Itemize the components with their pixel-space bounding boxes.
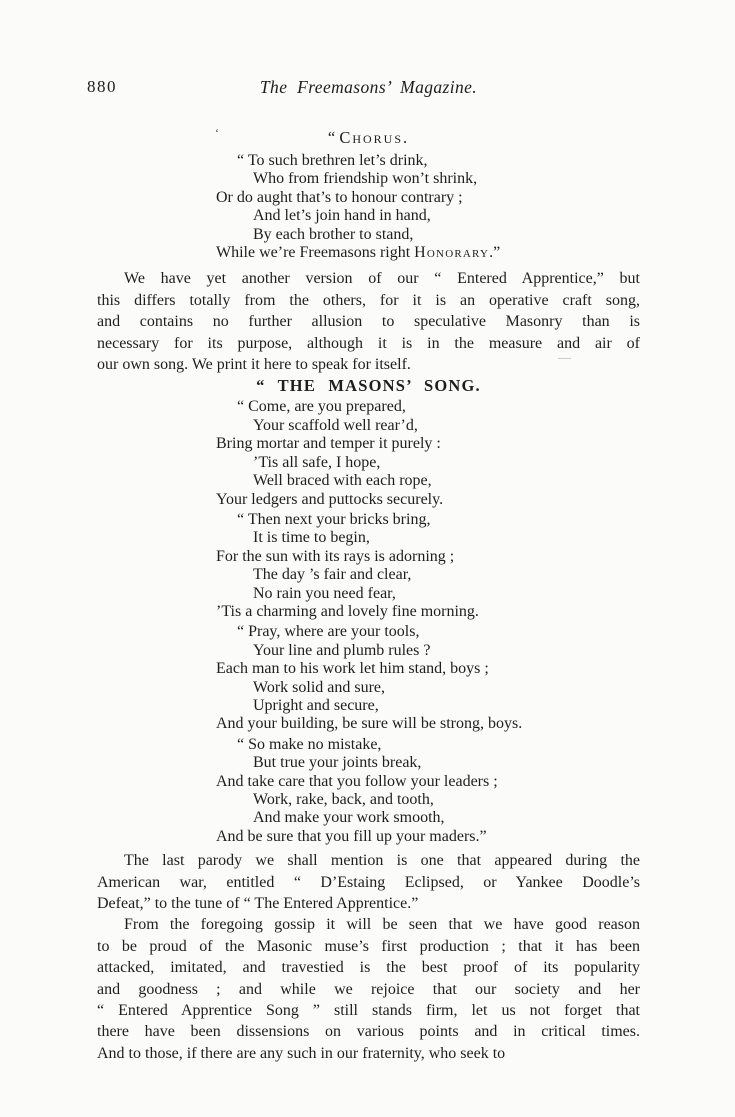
verse-line: ’Tis all safe, I hope, (216, 454, 640, 472)
page-number: 880 (87, 76, 117, 98)
chorus-verse: “ To such brethren let’s drink, Who from… (216, 152, 640, 262)
header-title: The Freemasons’ Magazine. (97, 76, 640, 98)
verse-line: Your ledgers and puttocks securely. (216, 491, 640, 509)
paragraph-line: and contains no further allusion to spec… (97, 311, 640, 332)
verse-line: No rain you need fear, (216, 585, 640, 603)
verse-line: ’Tis a charming and lovely fine morning. (216, 603, 640, 621)
magazine-page: 880 The Freemasons’ Magazine. “ Chorus. … (0, 0, 735, 1064)
verse-line: “ Then next your bricks bring, (216, 511, 640, 529)
paragraph-line: this differs totally from the others, fo… (97, 290, 640, 311)
chorus-heading: “ Chorus. (97, 127, 640, 148)
masons-song-verse-3: “ Pray, where are your tools, Your line … (216, 623, 640, 733)
verse-line: And be sure that you fill up your maders… (216, 828, 640, 846)
paragraph-line: Defeat,” to the tune of “ The Entered Ap… (97, 893, 640, 914)
verse-line: And your building, be sure will be stron… (216, 715, 640, 733)
scan-speck-artifact: ʻ (215, 126, 219, 141)
verse-line: It is time to begin, (216, 529, 640, 547)
chorus-line: Or do aught that’s to honour contrary ; (216, 189, 640, 207)
paragraph-line: attacked, imitated, and travestied is th… (97, 957, 640, 978)
verse-line: And make your work smooth, (216, 809, 640, 827)
paragraph-line: And to those, if there are any such in o… (97, 1043, 640, 1064)
paragraph-line: necessary for its purpose, although it i… (97, 333, 640, 354)
page-header: 880 The Freemasons’ Magazine. (97, 76, 640, 98)
chorus-line: Who from friendship won’t shrink, (216, 170, 640, 188)
verse-line: But true your joints break, (216, 754, 640, 772)
verse-line: Your scaffold well rear’d, (216, 417, 640, 435)
chorus-final-post: .” (489, 244, 500, 261)
verse-line: “ So make no mistake, (216, 736, 640, 754)
chorus-final-pre: While we’re Freemasons right (216, 244, 414, 261)
verse-line: Your line and plumb rules ? (216, 642, 640, 660)
verse-line: Bring mortar and temper it purely : (216, 435, 640, 453)
chorus-final-smallcaps: Honorary (414, 244, 489, 261)
verse-line: And take care that you follow your leade… (216, 773, 640, 791)
paragraph-line: From the foregoing gossip it will be see… (97, 914, 640, 935)
masons-song-verse-1: “ Come, are you prepared, Your scaffold … (216, 398, 640, 508)
verse-line: Each man to his work let him stand, boys… (216, 660, 640, 678)
masons-song-verse-2: “ Then next your bricks bring, It is tim… (216, 511, 640, 621)
parody-paragraph: The last parody we shall mention is one … (97, 850, 640, 914)
scan-dash-artifact: — (558, 352, 569, 363)
masons-song-verse-4: “ So make no mistake, But true your join… (216, 736, 640, 846)
chorus-line: And let’s join hand in hand, (216, 207, 640, 225)
masons-song-heading: “ THE MASONS’ SONG. (97, 375, 640, 396)
verse-line: Well braced with each rope, (216, 472, 640, 490)
paragraph-line: there have been dissensions on various p… (97, 1021, 640, 1042)
paragraph-line: “ Entered Apprentice Song ” still stands… (97, 1000, 640, 1021)
paragraph-line: American war, entitled “ D’Estaing Eclip… (97, 872, 640, 893)
verse-line: For the sun with its rays is adorning ; (216, 548, 640, 566)
verse-line: Work solid and sure, (216, 679, 640, 697)
chorus-final-line: While we’re Freemasons right Honorary.” (216, 244, 640, 262)
chorus-heading-word: Chorus. (339, 128, 409, 147)
paragraph-line: to be proud of the Masonic muse’s first … (97, 936, 640, 957)
closing-paragraph: From the foregoing gossip it will be see… (97, 914, 640, 1064)
chorus-heading-quote: “ (328, 128, 339, 147)
verse-line: “ Come, are you prepared, (216, 398, 640, 416)
verse-line: The day ’s fair and clear, (216, 566, 640, 584)
verse-line: Work, rake, back, and tooth, (216, 791, 640, 809)
paragraph-line: We have yet another version of our “ Ent… (97, 268, 640, 289)
paragraph-line: The last parody we shall mention is one … (97, 850, 640, 871)
verse-line: “ Pray, where are your tools, (216, 623, 640, 641)
paragraph-line: and goodness ; and while we rejoice that… (97, 979, 640, 1000)
chorus-line: By each brother to stand, (216, 226, 640, 244)
verse-line: Upright and secure, (216, 697, 640, 715)
chorus-line: “ To such brethren let’s drink, (216, 152, 640, 170)
